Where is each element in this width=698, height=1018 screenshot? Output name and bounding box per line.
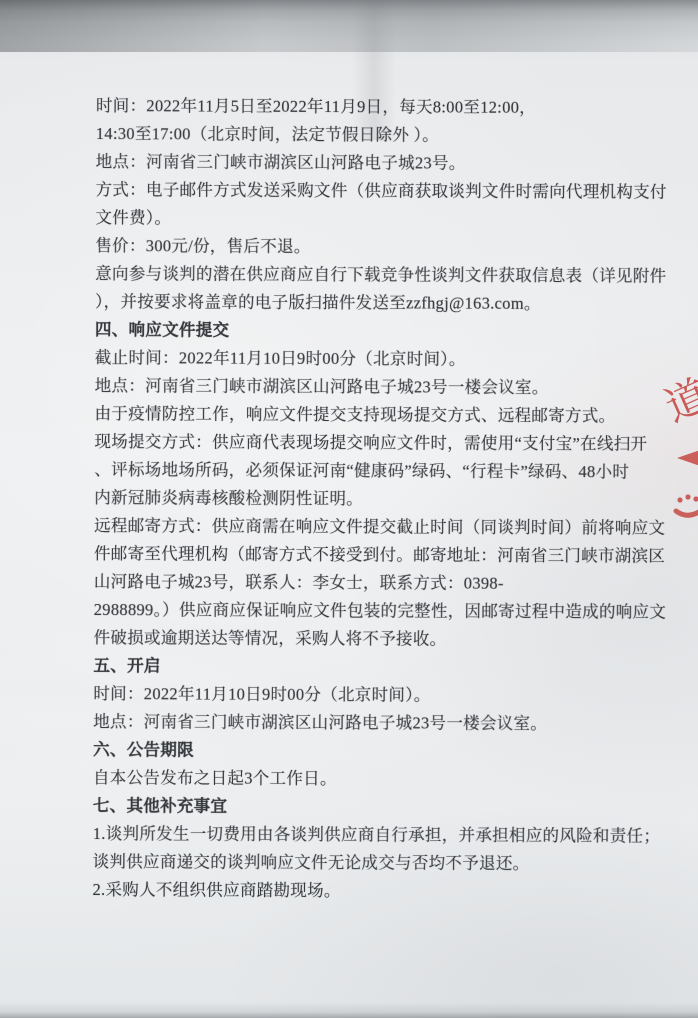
- document-line: 件邮寄至代理机构（邮寄方式不接受到付。邮寄地址：河南省三门峡市湖滨区: [94, 540, 634, 570]
- page-top-shadow: [0, 0, 698, 52]
- document-line: 地点：河南省三门峡市湖滨区山河路电子城23号。: [96, 148, 636, 178]
- document-line: 时间：2022年11月10日9时00分（北京时间）。: [93, 680, 633, 710]
- document-line: 14:30至17:00（北京时间，法定节假日除外 ）。: [96, 120, 636, 150]
- section-heading: 六、公告期限: [93, 736, 633, 766]
- document-line: 截止时间：2022年11月10日9时00分（北京时间）。: [95, 344, 635, 374]
- document-line: 地点：河南省三门峡市湖滨区山河路电子城23号一楼会议室。: [95, 372, 635, 402]
- page-bottom-shadow: [0, 1000, 698, 1018]
- document-line: 1.谈判所发生一切费用由各谈判供应商自行承担，并承担相应的风险和责任；: [93, 820, 633, 850]
- document-line: 件破损或逾期送达等情况，采购人将不予接收。: [94, 624, 634, 654]
- document-line: 时间：2022年11月5日至2022年11月9日，每天8:00至12:00，: [96, 92, 636, 122]
- seal-lower-fragment: [677, 494, 698, 502]
- document-line: 2988899。）供应商应保证响应文件包装的完整性，因邮寄过程中造成的响应文: [94, 596, 634, 626]
- document-line: 谈判供应商递交的谈判响应文件无论成交与否均不予退还。: [93, 848, 633, 878]
- document-line: 、评标场地场所码，必须保证河南“健康码”绿码、“行程卡”绿码、48小时: [94, 456, 634, 486]
- document-line: 方式：电子邮件方式发送采购文件（供应商获取谈判文件时需向代理机构支付: [96, 176, 636, 206]
- section-heading: 七、其他补充事宜: [93, 792, 633, 822]
- document-line: 地点：河南省三门峡市湖滨区山河路电子城23号一楼会议室。: [93, 708, 633, 738]
- document-line: 售价：300元/份，售后不退。: [95, 232, 635, 262]
- document-line: 内新冠肺炎病毒核酸检测阴性证明。: [94, 484, 634, 514]
- document-line: 2.采购人不组织供应商踏勘现场。: [92, 876, 632, 906]
- section-heading: 四、响应文件提交: [95, 316, 635, 346]
- document-text: 时间：2022年11月5日至2022年11月9日，每天8:00至12:00，14…: [92, 92, 636, 906]
- document-line: 文件费）。: [95, 204, 635, 234]
- document-line: 远程邮寄方式：供应商需在响应文件提交截止时间（同谈判时间）前将响应文: [94, 512, 634, 542]
- document-line: 现场提交方式：供应商代表现场提交响应文件时，需使用“支付宝”在线扫开: [94, 428, 634, 458]
- document-line: ），并按要求将盖章的电子版扫描件发送至zzfhgj@163.com。: [95, 288, 635, 318]
- document-line: 意向参与谈判的潜在供应商应自行下载竞争性谈判文件获取信息表（详见附件: [95, 260, 635, 290]
- document-line: 山河路电子城23号，联系人：李女士，联系方式：0398-: [94, 568, 634, 598]
- seal-text-fragment: 道: [659, 372, 698, 431]
- document-line: 自本公告发布之日起3个工作日。: [93, 764, 633, 794]
- document-line: 由于疫情防控工作，响应文件提交支持现场提交方式、远程邮寄方式。: [95, 400, 635, 430]
- seal-star-icon: [677, 406, 698, 511]
- scanned-document-photo: 时间：2022年11月5日至2022年11月9日，每天8:00至12:00，14…: [0, 0, 698, 1018]
- seal-lower-curve: [676, 510, 698, 515]
- section-heading: 五、开启: [93, 652, 633, 682]
